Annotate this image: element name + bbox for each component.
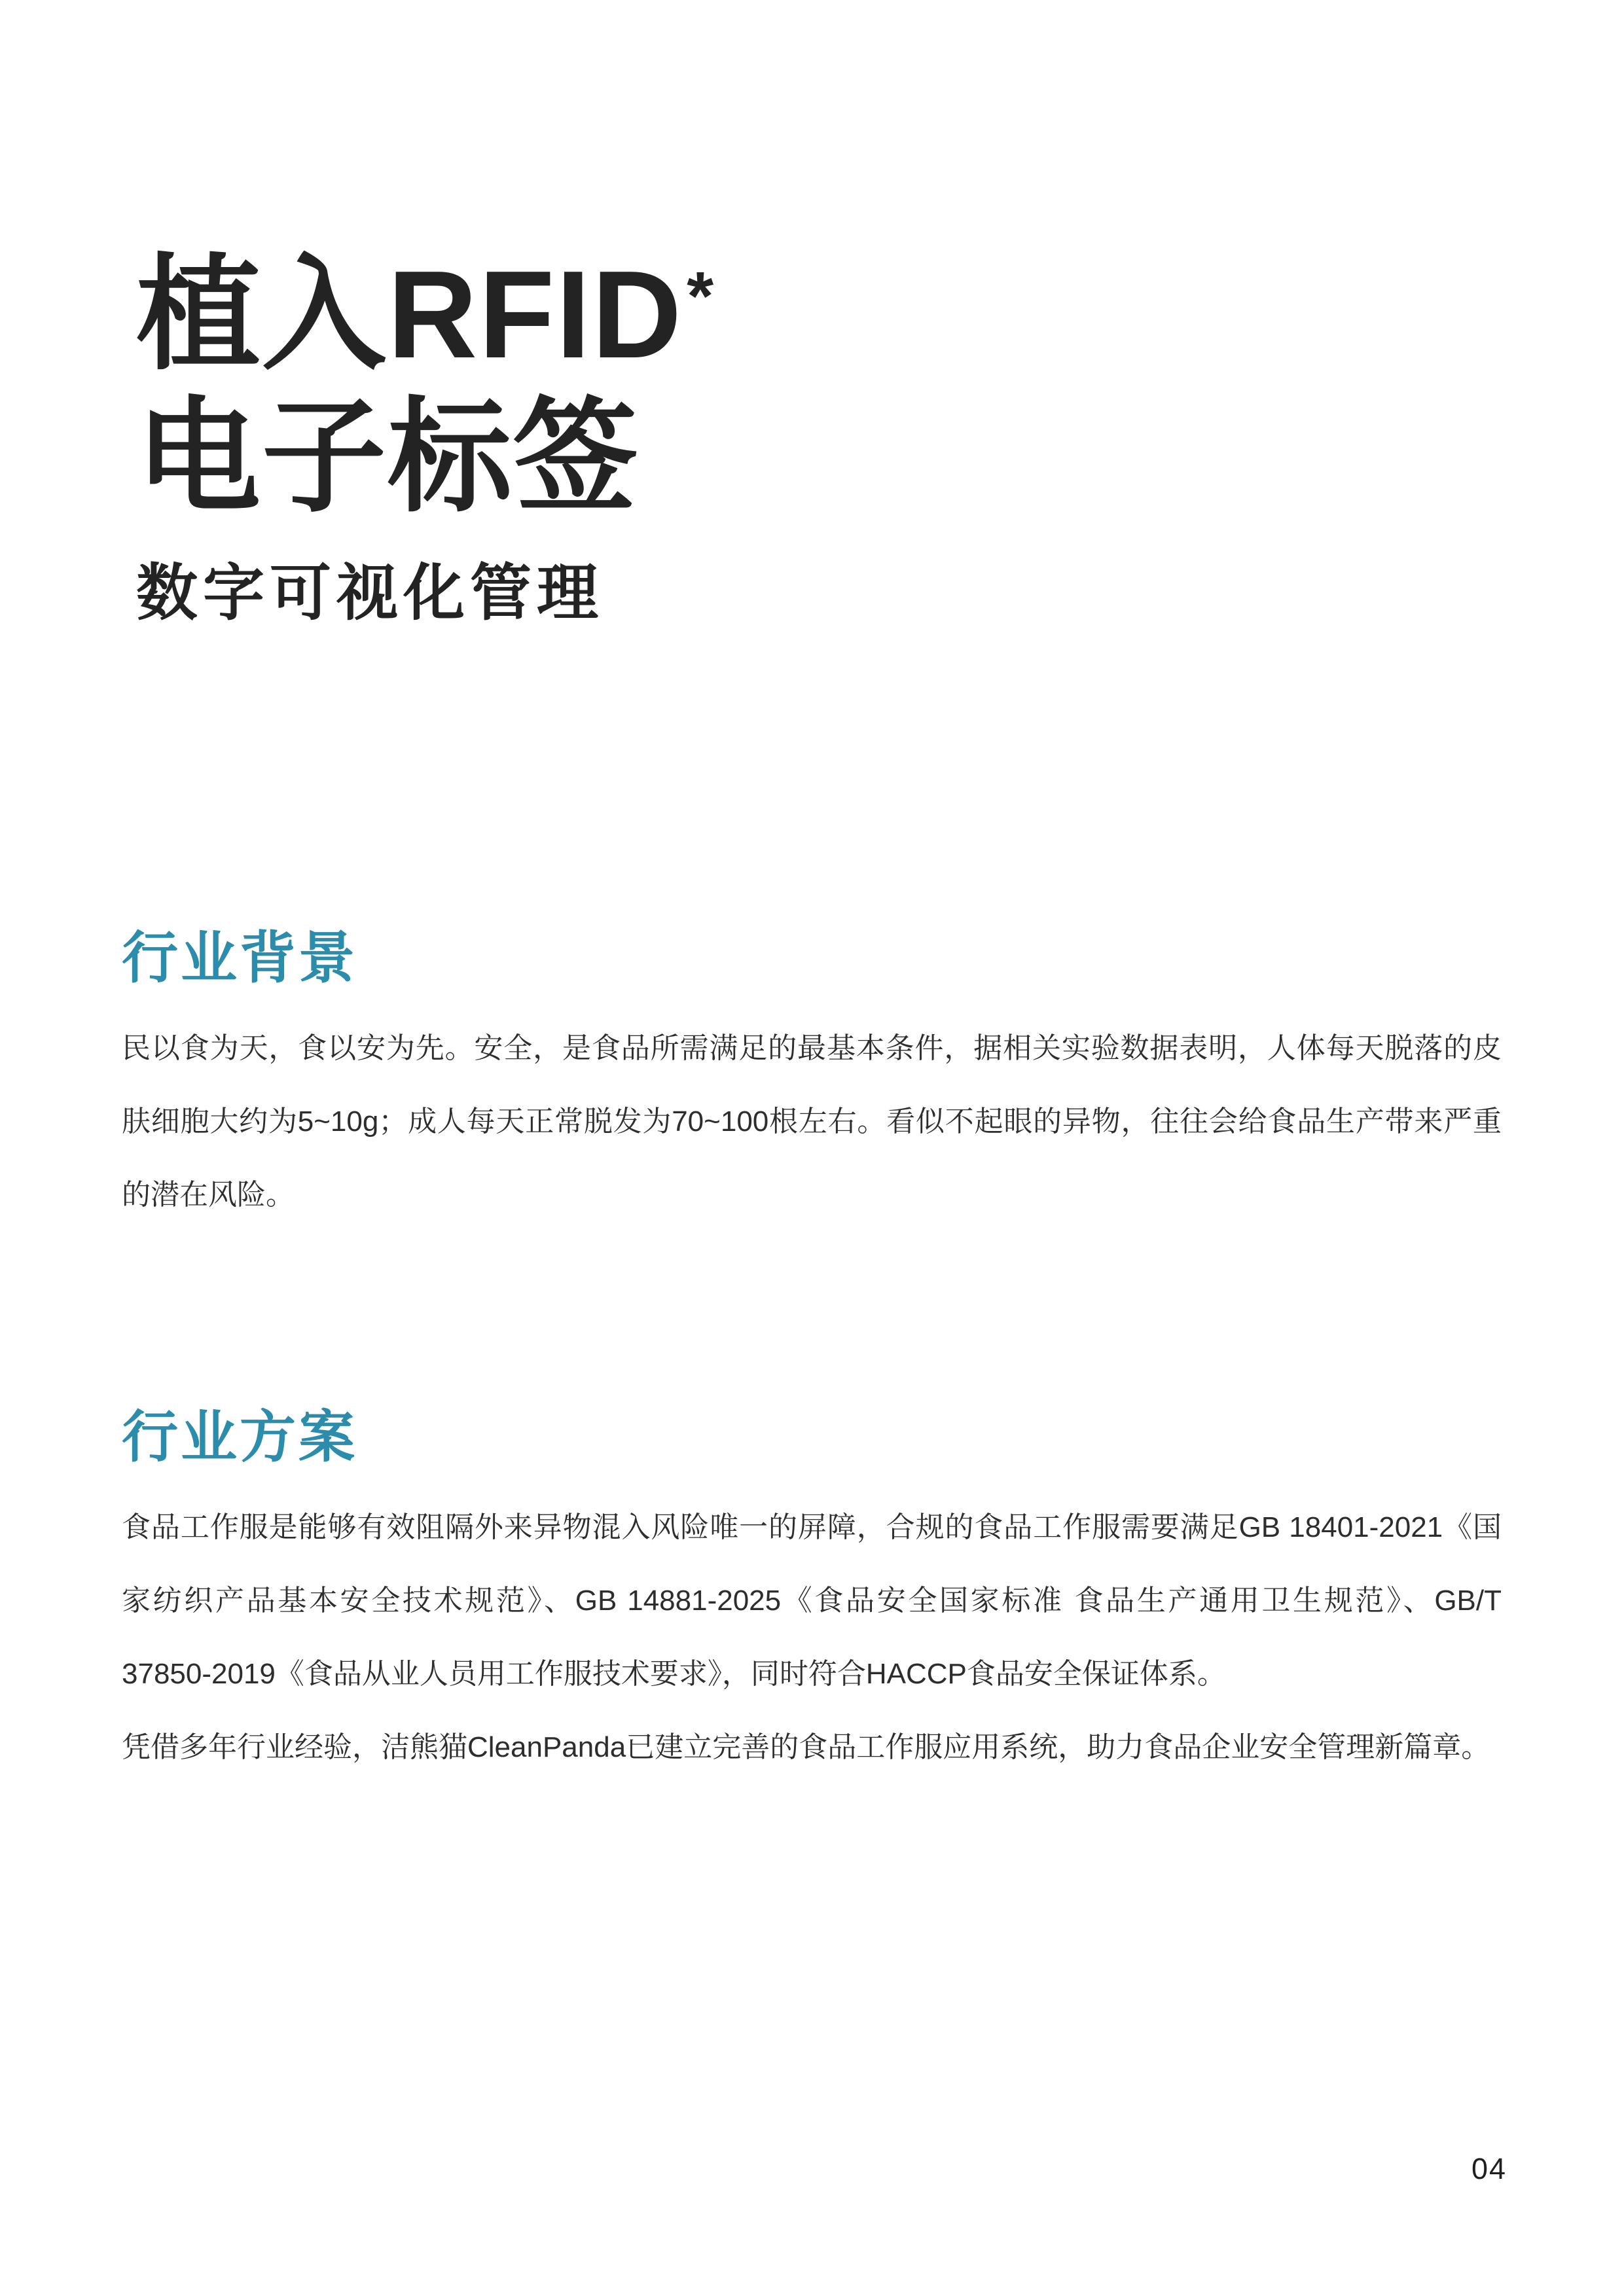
- industry-solution-paragraph-1: 食品工作服是能够有效阻隔外来异物混入风险唯一的屏障，合规的食品工作服需要满足GB…: [122, 1491, 1502, 1711]
- section-industry-background: 行业背景 民以食为天，食以安为先。安全，是食品所需满足的最基本条件，据相关实验数…: [122, 928, 1502, 1232]
- document-page: 植入RFID* 电子标签 数字可视化管理 行业背景 民以食为天，食以安为先。安全…: [0, 0, 1624, 2296]
- industry-background-paragraph: 民以食为天，食以安为先。安全，是食品所需满足的最基本条件，据相关实验数据表明，人…: [122, 1012, 1502, 1232]
- industry-background-body: 民以食为天，食以安为先。安全，是食品所需满足的最基本条件，据相关实验数据表明，人…: [122, 1012, 1502, 1232]
- section-industry-solution: 行业方案 食品工作服是能够有效阻隔外来异物混入风险唯一的屏障，合规的食品工作服需…: [122, 1407, 1502, 1784]
- industry-solution-body: 食品工作服是能够有效阻隔外来异物混入风险唯一的屏障，合规的食品工作服需要满足GB…: [122, 1491, 1502, 1784]
- subtitle: 数字可视化管理: [136, 560, 711, 626]
- main-title: 植入RFID* 电子标签: [136, 243, 711, 529]
- main-title-line1: 植入RFID*: [136, 243, 711, 386]
- industry-solution-paragraph-2: 凭借多年行业经验，洁熊猫CleanPanda已建立完善的食品工作服应用系统，助力…: [122, 1711, 1502, 1784]
- main-title-line1-text: 植入RFID: [136, 245, 683, 384]
- industry-solution-heading: 行业方案: [122, 1407, 1502, 1467]
- footnote-asterisk-marker: *: [687, 225, 715, 368]
- main-title-line2: 电子标签: [136, 386, 711, 529]
- industry-background-heading: 行业背景: [122, 928, 1502, 988]
- page-number: 04: [1471, 2152, 1507, 2186]
- title-block: 植入RFID* 电子标签 数字可视化管理: [136, 243, 711, 626]
